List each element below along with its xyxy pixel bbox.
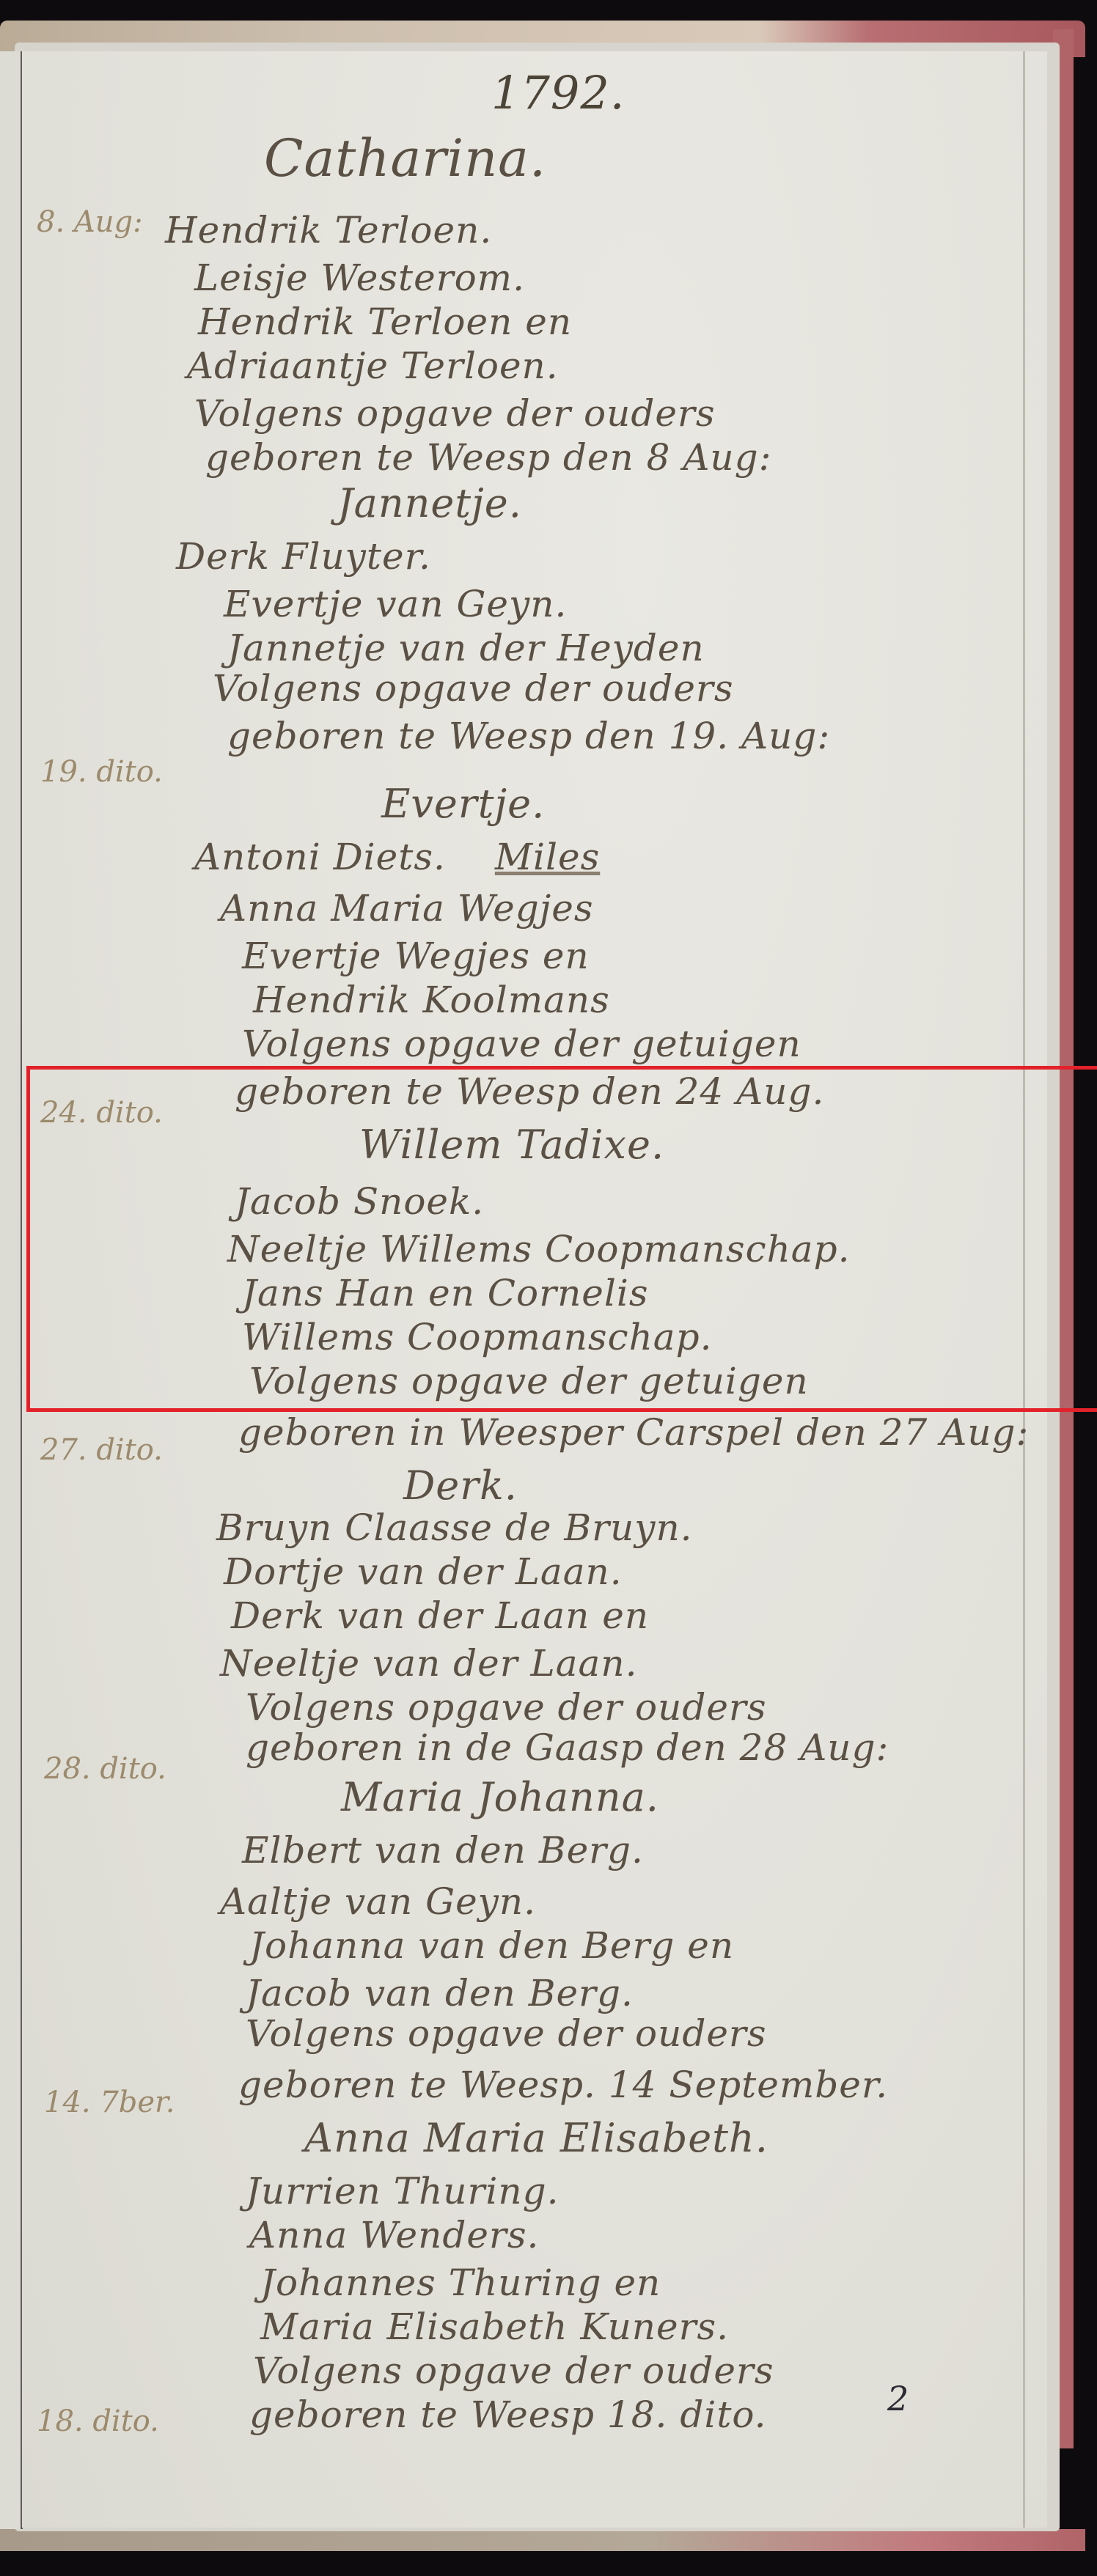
witness-line: Neeltje van der Laan. [220,1642,637,1685]
witness-line: Johanna van den Berg en [249,1924,734,1967]
birth-line: geboren te Weesp. 14 September. [238,2064,888,2106]
mother-line: Anna Maria Wegjes [220,887,593,930]
birth-line: geboren te Weesp 18. dito. [249,2393,767,2436]
birth-line: geboren te Weesp den 24 Aug. [235,1070,824,1113]
declaration-line: Volgens opgave der ouders [246,1686,766,1729]
father-line: Antoni Diets. Miles [194,836,600,878]
father-line: Bruyn Claasse de Bruyn. [216,1506,693,1549]
birth-line: geboren te Weesp den 8 Aug: [205,436,771,479]
birth-line: geboren in de Gaasp den 28 Aug: [246,1726,889,1769]
margin-date: 19. dito. [40,755,163,789]
page-number: 2 [887,2379,909,2418]
child-name: Willem Tadixe. [359,1122,664,1168]
child-name: Maria Johanna. [341,1774,659,1820]
witness-line: Jannetje van der Heyden [227,627,705,669]
child-name-heading: Catharina. [264,128,546,188]
witness-line: Adriaantje Terloen. [187,345,559,387]
witness-line: Evertje Wegjes en [242,935,590,977]
mother-line: Leisje Westerom. [194,257,525,299]
margin-date: 24. dito. [40,1096,163,1130]
child-name: Derk. [403,1462,518,1509]
margin-date: 8. Aug: [37,205,143,239]
declaration-line: Volgens opgave der ouders [213,667,733,710]
birth-line: geboren in Weesper Carspel den 27 Aug: [238,1411,1029,1454]
margin-date: 18. dito. [37,2404,159,2438]
margin-date: 28. dito. [44,1752,166,1786]
child-name: Jannetje. [337,480,522,526]
mother-line: Evertje van Geyn. [224,583,567,625]
witness-line: Johannes Thuring en [260,2262,661,2304]
witness-line: Jans Han en Cornelis [242,1272,649,1314]
father-line: Elbert van den Berg. [242,1829,644,1872]
child-name: Anna Maria Elisabeth. [304,2115,768,2161]
witness-line: Willems Coopmanschap. [242,1316,713,1358]
witness-line: Jacob van den Berg. [246,1972,634,2014]
mother-line: Aaltje van Geyn. [220,1880,536,1923]
declaration-line: Volgens opgave der ouders [194,392,715,435]
year-heading: 1792. [491,66,625,119]
father-line: Jurrien Thuring. [246,2170,559,2212]
father-name: Antoni Diets. [194,836,446,878]
father-line: Derk Fluyter. [176,535,431,578]
witness-line: Hendrik Terloen en [198,301,572,343]
father-line: Jacob Snoek. [235,1180,484,1223]
mother-line: Anna Wenders. [249,2214,539,2256]
declaration-line: Volgens opgave der ouders [253,2349,774,2392]
declaration-line: Volgens opgave der ouders [246,2012,766,2055]
witness-line: Maria Elisabeth Kuners. [260,2305,729,2348]
witness-line: Derk van der Laan en [231,1594,649,1637]
father-line: Hendrik Terloen. [165,209,492,251]
child-name: Evertje. [381,781,545,827]
witness-line: Hendrik Koolmans [253,979,610,1021]
declaration-line: Volgens opgave der getuigen [249,1360,809,1402]
declaration-line: Volgens opgave der getuigen [242,1023,801,1065]
birth-line: geboren te Weesp den 19. Aug: [227,715,830,757]
page-fold-line [1023,51,1025,2528]
book-cover-bottom [0,2529,1085,2551]
margin-date: 14. 7ber. [44,2086,175,2119]
facing-page-edge [0,51,23,2529]
margin-date: 27. dito. [40,1433,163,1467]
mother-line: Dortje van der Laan. [224,1550,623,1593]
miles-annotation: Miles [495,836,600,878]
mother-line: Neeltje Willems Coopmanschap. [227,1228,851,1270]
